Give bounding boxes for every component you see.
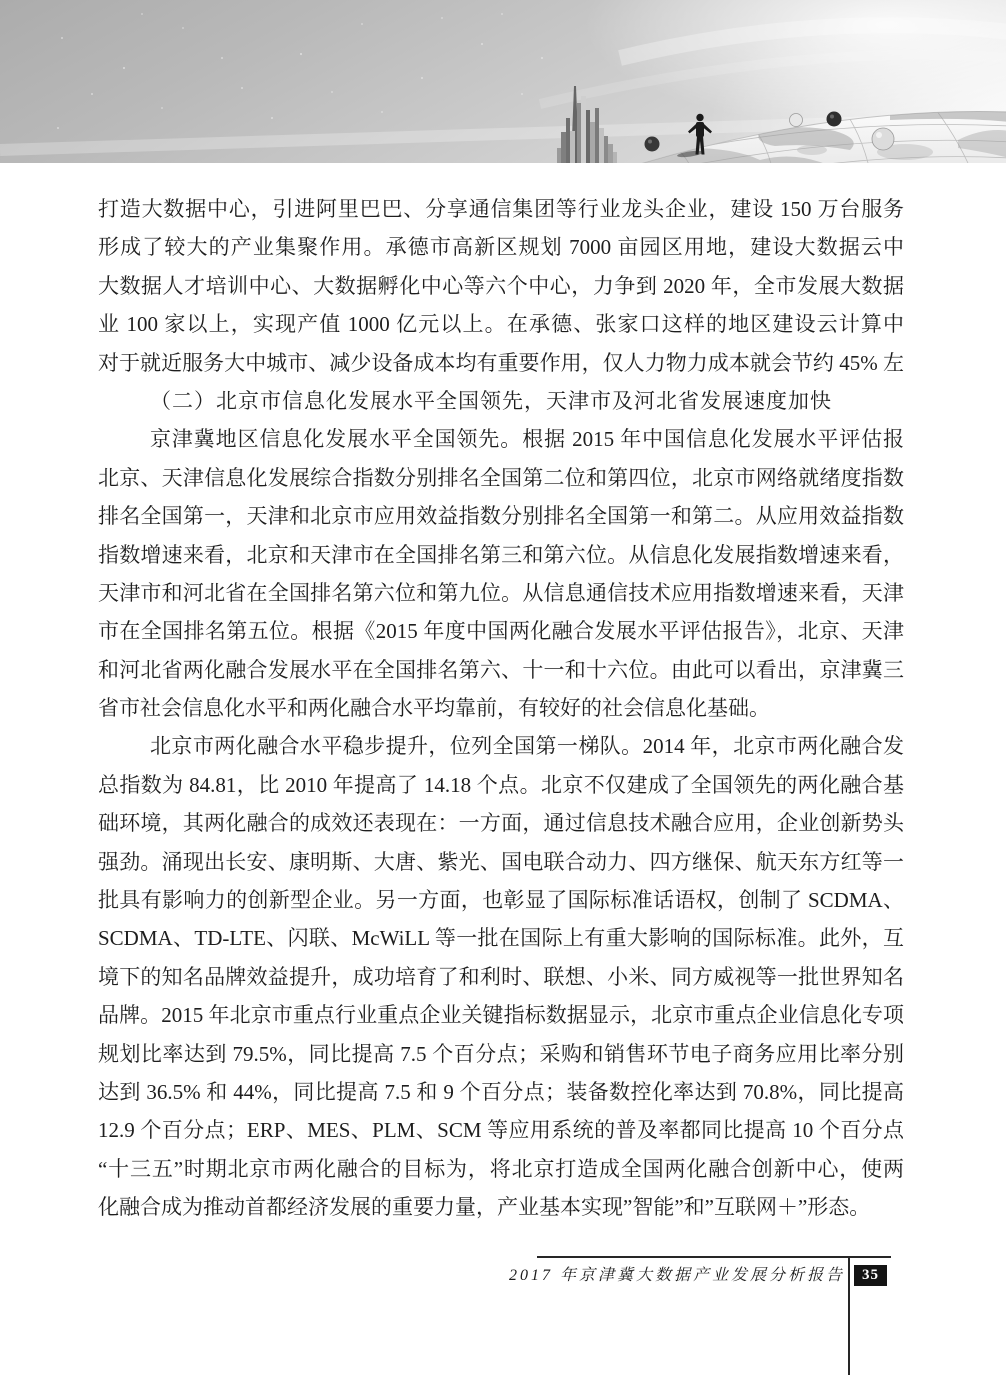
data-node-icon <box>827 112 842 127</box>
header-banner-image <box>0 0 1006 163</box>
footer-vertical-line <box>848 1256 850 1375</box>
text-line: 天津市和河北省在全国排名第六位和第九位。从信息通信技术应用指数增速来看，天津 <box>98 574 904 612</box>
report-page: 打造大数据中心，引进阿里巴巴、分享通信集团等行业龙头企业，建设 150 万台服务… <box>0 0 1006 1375</box>
text-line: 京津冀地区信息化发展水平全国领先。根据 2015 年中国信息化发展水平评估报告， <box>98 420 904 458</box>
text-line: 形成了较大的产业集聚作用。承德市高新区规划 7000 亩园区用地，建设大数据云中… <box>98 228 904 266</box>
text-line: 批具有影响力的创新型企业。另一方面，也彰显了国际标准话语权，创制了 SCDMA、… <box>98 881 904 919</box>
speckle-dots <box>57 13 543 129</box>
text-line: 境下的知名品牌效益提升，成功培育了和利时、联想、小米、同方威视等一批世界知名 <box>98 958 904 996</box>
text-line: 强劲。涌现出长安、康明斯、大唐、紫光、国电联合动力、四方继保、航天东方红等一 <box>98 843 904 881</box>
body-text: 打造大数据中心，引进阿里巴巴、分享通信集团等行业龙头企业，建设 150 万台服务… <box>98 190 904 1227</box>
data-node-icon <box>645 137 660 152</box>
text-line: 达到 36.5% 和 44%，同比提高 7.5 和 9 个百分点；装备数控化率达… <box>98 1073 904 1111</box>
text-line: 总指数为 84.81，比 2010 年提高了 14.18 个点。北京不仅建成了全… <box>98 766 904 804</box>
text-line: “十三五”时期北京市两化融合的目标为，将北京打造成全国两化融合创新中心，使两 <box>98 1150 904 1188</box>
text-line: 12.9 个百分点；ERP、MES、PLM、SCM 等应用系统的普及率都同比提高… <box>98 1111 904 1149</box>
text-line: 指数增速来看，北京和天津市在全国排名第三和第六位。从信息化发展指数增速来看， <box>98 536 904 574</box>
text-line: 和河北省两化融合发展水平在全国排名第六、十一和十六位。由此可以看出，京津冀三 <box>98 651 904 689</box>
text-line: 北京市两化融合水平稳步提升，位列全国第一梯队。2014 年，北京市两化融合发展 <box>98 727 904 765</box>
text-line: 排名全国第一，天津和北京市应用效益指数分别排名全国第一和第二。从应用效益指数 <box>98 497 904 535</box>
text-line: 业 100 家以上，实现产值 1000 亿元以上。在承德、张家口这样的地区建设云… <box>98 305 904 343</box>
text-line: 对于就近服务大中城市、减少设备成本均有重要作用，仅人力物力成本就会节约 45% … <box>98 344 904 382</box>
text-line: 打造大数据中心，引进阿里巴巴、分享通信集团等行业龙头企业，建设 150 万台服务… <box>98 190 904 228</box>
text-line: 础环境，其两化融合的成效还表现在：一方面，通过信息技术融合应用，企业创新势头 <box>98 804 904 842</box>
data-node-icon <box>790 114 803 127</box>
text-line: 品牌。2015 年北京市重点行业重点企业关键指标数据显示，北京市重点企业信息化专… <box>98 996 904 1034</box>
footer-divider-line <box>537 1256 891 1258</box>
text-line: 市在全国排名第五位。根据《2015 年度中国两化融合发展水平评估报告》，北京、天… <box>98 612 904 650</box>
data-node-icon <box>872 128 894 150</box>
footer-report-title: 2017 年京津冀大数据产业发展分析报告 <box>450 1265 845 1286</box>
text-line: SCDMA、TD-LTE、闪联、McWiLL 等一批在国际上有重大影响的国际标准… <box>98 919 904 957</box>
text-line: （二）北京市信息化发展水平全国领先，天津市及河北省发展速度加快 <box>98 382 904 420</box>
page-number-badge: 35 <box>854 1265 887 1286</box>
text-line: 省市社会信息化水平和两化融合水平均靠前，有较好的社会信息化基础。 <box>98 689 904 727</box>
text-line: 北京、天津信息化发展综合指数分别排名全国第二位和第四位，北京市网络就绪度指数 <box>98 459 904 497</box>
text-line: 化融合成为推动首都经济发展的重要力量，产业基本实现”智能”和”互联网＋”形态。 <box>98 1188 904 1226</box>
header-banner-graphic <box>0 0 1006 163</box>
text-line: 大数据人才培训中心、大数据孵化中心等六个中心，力争到 2020 年，全市发展大数… <box>98 267 904 305</box>
text-line: 规划比率达到 79.5%，同比提高 7.5 个百分点；采购和销售环节电子商务应用… <box>98 1035 904 1073</box>
